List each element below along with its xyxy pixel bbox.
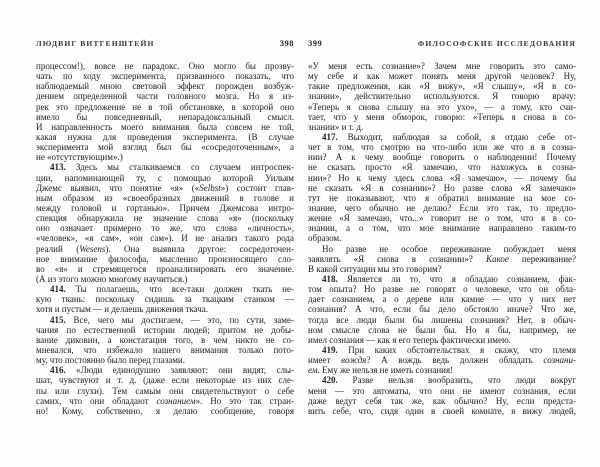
text-line: ное внимание философа, мысленно произнос… xyxy=(36,254,294,264)
text-line: Но разве не особое переживание побуждает… xyxy=(308,244,576,254)
text-line: мневался, что избежало нашего внимания т… xyxy=(36,345,294,355)
text-line: рек это предложение не в той обстановке,… xyxy=(36,102,294,112)
text-line: ном смысле слова не были бы. Но я бы, на… xyxy=(308,325,576,335)
text-line: «У меня есть сознание»? Зачем мне говори… xyxy=(308,61,576,71)
text-line: 414. Ты полагаешь, что все-таки должен т… xyxy=(36,284,294,294)
text-line: хотя и пустым — и делаешь движения ткача… xyxy=(36,304,294,314)
running-header: 399 ФИЛОСОФСКИЕ ИССЛЕДОВАНИЯ xyxy=(308,38,576,50)
text-line: В какой ситуации мы это говорим? xyxy=(308,264,576,274)
left-page-text: процессом!), вовсе не парадокс. Оно могл… xyxy=(36,61,294,416)
text-line: тут не показывают, что я обратил внимани… xyxy=(308,193,576,203)
book-scan: { "pages": [ { "side": "left", "header_l… xyxy=(0,0,600,467)
page-number-left: 398 xyxy=(280,38,294,48)
text-line: наблюдаемый мною световой эффект порожде… xyxy=(36,81,294,91)
book-spread: ЛЮДВИГ ВИТГЕНШТЕЙН 398 процессом!), вовс… xyxy=(0,0,600,416)
running-header: ЛЮДВИГ ВИТГЕНШТЕЙН 398 xyxy=(36,38,294,50)
text-line: шат, чувствуют и т. д. (даже если некото… xyxy=(36,375,294,385)
text-line: му себе и как может понять меня другой ч… xyxy=(308,71,576,81)
text-line: образом. xyxy=(308,233,576,243)
page-number-right: 399 xyxy=(308,38,322,48)
text-line: кую ткань: поскольку сидишь за ткацким с… xyxy=(36,294,294,304)
text-line: такие предложения, как «Я вижу», «Я слыш… xyxy=(308,81,576,91)
text-line: знание, чего обычно не делаю? Если это т… xyxy=(308,203,576,213)
text-line: не сказать просто «Я замечаю, что нахожу… xyxy=(308,162,576,172)
text-line: том опыта? Но разве не говорят о человек… xyxy=(308,284,576,294)
text-line: 415. Все, чего мы достигаем, — это, по с… xyxy=(36,315,294,325)
text-line: между головой и гортанью». Причем Джемсо… xyxy=(36,203,294,213)
text-line: ем. Ему же нельзя не иметь сознания! xyxy=(308,365,576,375)
text-line: 419. При каких обстоятельствах я скажу, … xyxy=(308,345,576,355)
text-line: знании» и т. д. xyxy=(308,122,576,132)
right-page-text: «У меня есть сознание»? Зачем мне говори… xyxy=(308,61,576,416)
text-line: ции, напоминающей ту, с помощью которой … xyxy=(36,173,294,183)
right-page: 399 ФИЛОСОФСКИЕ ИССЛЕДОВАНИЯ «У меня ест… xyxy=(308,38,576,416)
text-line: пы или глухи). Тем самым они свидетельст… xyxy=(36,386,294,396)
text-line: чать по ходу эксперимента, призванного п… xyxy=(36,71,294,81)
text-line: но! Кому, собственно, я делаю сообщение,… xyxy=(36,406,294,416)
text-line: Джемс выявил, что понятие «я» («Selbst»)… xyxy=(36,183,294,193)
text-line: самих, что они обладают сознанием». Но э… xyxy=(36,396,294,406)
text-line: (А из этого можно многому научиться.) xyxy=(36,274,294,284)
text-line: даже ведут себя так же, как обычно? Ну, … xyxy=(308,396,576,406)
text-line: знании, а о том, что мое внимание направ… xyxy=(308,223,576,233)
text-line: какая нужна для проведения эксперимента.… xyxy=(36,132,294,142)
text-line: заявлять «Я снова в сознании»? Какое пер… xyxy=(308,254,576,264)
text-line: И направленность моего внимания была сов… xyxy=(36,122,294,132)
text-line: процессом!), вовсе не парадокс. Оно могл… xyxy=(36,61,294,71)
text-line: не «отсутствующим».) xyxy=(36,152,294,162)
text-line: 416. «Люди единодушно заявляют: они видя… xyxy=(36,365,294,375)
text-line: нии? А к чему вообще говорить о наблюден… xyxy=(308,152,576,162)
text-line: эксперимента мой взгляд был бы «сосредот… xyxy=(36,142,294,152)
text-line: 417. Выходит, наблюдая за собой, я отдаю… xyxy=(308,132,576,142)
text-line: «человек», «я сам», «он сам»). И не анал… xyxy=(36,233,294,243)
text-line: реалий (Wesens). Она выявила другое: сос… xyxy=(36,244,294,254)
running-header-book-title: ФИЛОСОФСКИЕ ИССЛЕДОВАНИЯ xyxy=(418,39,576,48)
text-line: оно означает примерно то же, что слова «… xyxy=(36,223,294,233)
text-line: знании», действительно используются. Я г… xyxy=(308,91,576,101)
text-line: му, что постоянно было перед глазами. xyxy=(36,355,294,365)
text-line: дает сознанием, а о дереве или камне — ч… xyxy=(308,294,576,304)
text-line: дением определенной части головного мозг… xyxy=(36,91,294,101)
text-line: тогда все люди были бы лишены сознания? … xyxy=(308,315,576,325)
text-line: сознания? А что, если бы дело обстояло и… xyxy=(308,304,576,314)
text-line: чет в том, что смотрю на что-либо или же… xyxy=(308,142,576,152)
text-line: тает, что у меня обморок, говорю: «Тепер… xyxy=(308,112,576,122)
left-page: ЛЮДВИГ ВИТГЕНШТЕЙН 398 процессом!), вовс… xyxy=(36,38,294,416)
text-line: во «я» и стремящегося проанализировать е… xyxy=(36,264,294,274)
text-line: спекция обнаружила не значение слова «я»… xyxy=(36,213,294,223)
text-line: 413. Здесь мы сталкиваемся со случаем ин… xyxy=(36,162,294,172)
text-line: имел сознания — как я его теперь фактиче… xyxy=(308,335,576,345)
text-line: чания по естественной истории людей; при… xyxy=(36,325,294,335)
running-header-author: ЛЮДВИГ ВИТГЕНШТЕЙН xyxy=(36,39,155,48)
text-line: не сказать «Я в сознании»? Но разве слов… xyxy=(308,183,576,193)
text-line: 418. Является ли то, что я обладаю созна… xyxy=(308,274,576,284)
text-line: жение «Я замечаю, что...» говорит не о т… xyxy=(308,213,576,223)
text-line: 420. Разве нельзя вообразить, что люди в… xyxy=(308,375,576,385)
text-line: «Теперь я снова слышу на это ухо», — а т… xyxy=(308,102,576,112)
text-line: ным образом из «своеобразных движений в … xyxy=(36,193,294,203)
text-line: имеет вождя? А вождь ведь должен обладат… xyxy=(308,355,576,365)
text-line: вить себе, что, сидя один в своей комнат… xyxy=(308,406,576,416)
text-line: имело бы повседневный, непарадоксальный … xyxy=(36,112,294,122)
text-line: вание диковин, а констатация того, в чем… xyxy=(36,335,294,345)
text-line: меня — это автоматы, что они не имеют со… xyxy=(308,386,576,396)
text-line: нии»? Но к чему здесь слова «Я замечаю»,… xyxy=(308,173,576,183)
